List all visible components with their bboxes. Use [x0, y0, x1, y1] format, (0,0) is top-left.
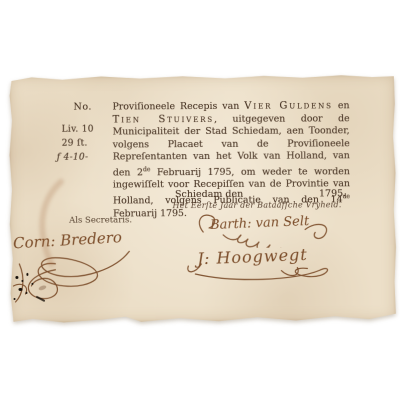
- body-caps-amount-guldens: Vier Guldens: [244, 100, 333, 111]
- ink-streak: [36, 296, 46, 302]
- ink-blot: [25, 292, 27, 294]
- document-paper: No. Liv. 10 29 ſt. ƒ 4-10- Proviſioneele…: [8, 74, 396, 323]
- document-paper-shadow: No. Liv. 10 29 ſt. ƒ 4-10- Proviſioneele…: [8, 74, 396, 323]
- ink-blot: [15, 276, 18, 279]
- body-superscript-1: de: [143, 166, 150, 173]
- serial-liv: Liv. 10: [62, 125, 94, 135]
- ink-blot: [14, 298, 16, 300]
- ink-blot: [26, 273, 28, 276]
- serial-no-label: No.: [73, 102, 91, 113]
- signature-official-2-name: J: Hoogwegt: [194, 245, 308, 269]
- signature-flourish: [195, 268, 327, 280]
- ink-blot: [21, 280, 23, 282]
- serial-stuivers: 29 ſt.: [62, 139, 88, 149]
- signature-official-2: J: Hoogwegt: [183, 239, 341, 284]
- ink-smudge: [27, 176, 87, 271]
- dateline-place: Schiedam den: [175, 189, 243, 200]
- signature-official-1-name: Barth: van Selt: [209, 214, 311, 233]
- ink-smear: [38, 285, 47, 292]
- ink-blot: [18, 288, 22, 291]
- dateline-year: 1795.: [319, 188, 346, 199]
- ink-blot-cluster: [11, 268, 57, 314]
- body-text-2: en: [333, 100, 350, 111]
- photo-backdrop: No. Liv. 10 29 ſt. ƒ 4-10- Proviſioneele…: [0, 0, 400, 400]
- ink-blot: [31, 283, 33, 285]
- smudge-stroke: [42, 182, 61, 264]
- body-text-1: Proviſioneele Recepis van: [112, 101, 244, 113]
- serial-amount: ƒ 4-10-: [57, 153, 89, 163]
- body-caps-amount-stuivers: Tien Stuivers: [113, 113, 215, 125]
